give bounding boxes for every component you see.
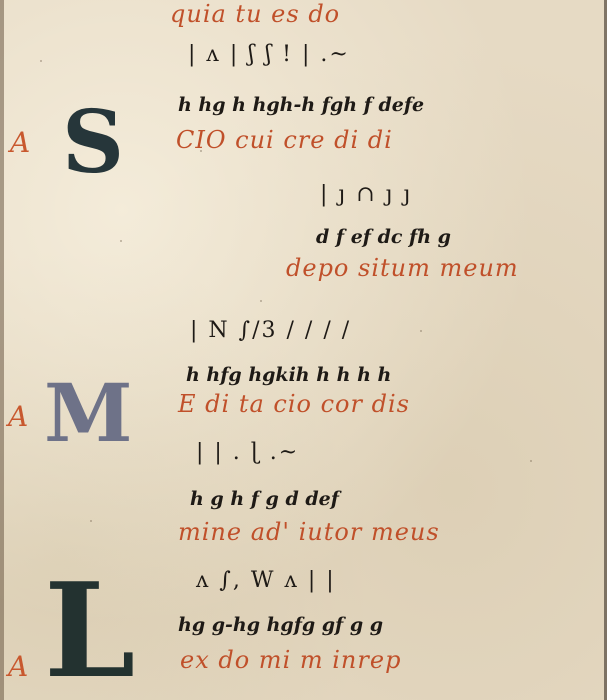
speck (530, 460, 532, 462)
neume-line-1: | ʌ | ʃ ʃ ! | .~ (188, 42, 350, 67)
lyric-line-6: ex do mi m inrep (180, 646, 401, 674)
initial-M: M (44, 366, 133, 460)
speck (90, 520, 92, 522)
rubric-mark-2: A (8, 400, 28, 433)
neume-line-5: ʌ ∫, W ʌ | | (196, 568, 336, 593)
speck (120, 240, 122, 242)
letter-line-1: h hg h hgh-h fgh f defe (178, 94, 424, 116)
rubric-mark-1: A (10, 126, 30, 159)
letter-line-5: hg g-hg hgfg gf g g (178, 614, 383, 636)
page-left-edge (0, 0, 4, 700)
speck (420, 330, 422, 332)
letter-line-2: d f ef dc fh g (316, 226, 451, 248)
rubric-mark-3: A (8, 650, 28, 683)
initial-S: S (62, 92, 124, 193)
lyric-line-1: quia tu es do (170, 0, 340, 28)
lyric-line-4: E di ta cio cor dis (178, 390, 410, 418)
speck (260, 300, 262, 302)
lyric-line-2: CIO cui cre di di (176, 126, 393, 154)
letter-line-4: h g h f g d def (190, 488, 339, 510)
lyric-line-5: mine ad' iutor meus (178, 518, 440, 546)
neume-line-3: | N ∫/3 / / / / (190, 318, 351, 343)
letter-line-3: h hfg hgkih h h h h (186, 364, 391, 386)
initial-L: L (44, 566, 135, 696)
speck (40, 60, 42, 62)
lyric-line-3: depo situm meum (286, 254, 519, 282)
neume-line-4: | | . ɭ .~ (196, 440, 299, 465)
neume-line-2: | ȷ ∩ ȷ ȷ (320, 182, 412, 207)
